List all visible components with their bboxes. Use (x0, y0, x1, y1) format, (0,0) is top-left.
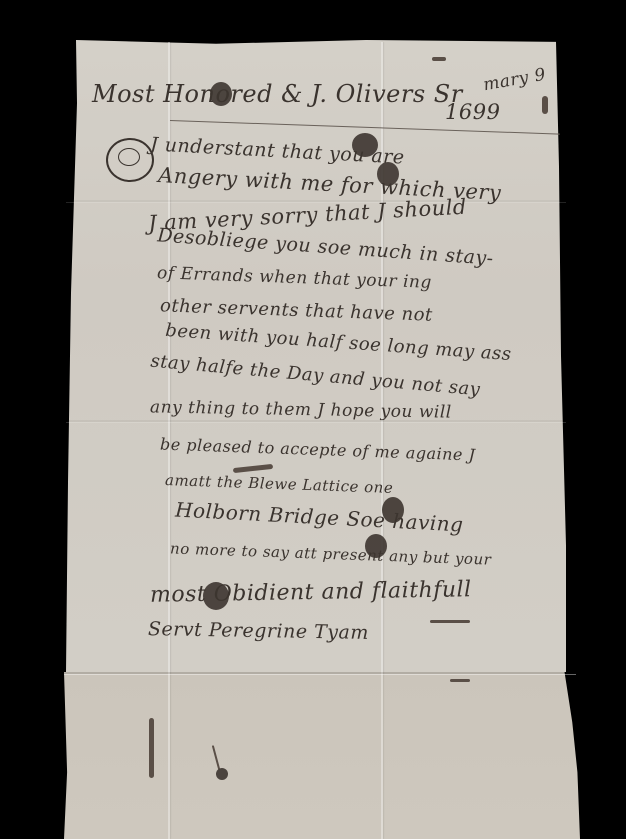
horizontal-fold-line (66, 420, 566, 422)
ink-blot (352, 133, 378, 157)
ink-blot (210, 82, 232, 106)
horizontal-fold-line (64, 672, 576, 674)
ink-blot (216, 768, 228, 780)
ink-smudge (450, 679, 470, 682)
salutation: Most Honored & J. Olivers Sr (92, 80, 463, 108)
letter-page-lower-fold (64, 672, 580, 839)
letter-date-year: 1699 (445, 100, 500, 124)
ink-blot (203, 582, 229, 610)
ink-drip-mark (149, 718, 154, 778)
ink-blot (365, 534, 387, 558)
ink-blot (382, 497, 404, 523)
ink-strike-through (430, 620, 470, 623)
initial-flourish-ornament (118, 148, 140, 166)
ink-smudge (432, 57, 446, 61)
ink-smudge (542, 96, 548, 114)
ink-blot (377, 162, 399, 186)
letter-signature-line: Servt Peregrine Tyam (148, 618, 369, 644)
